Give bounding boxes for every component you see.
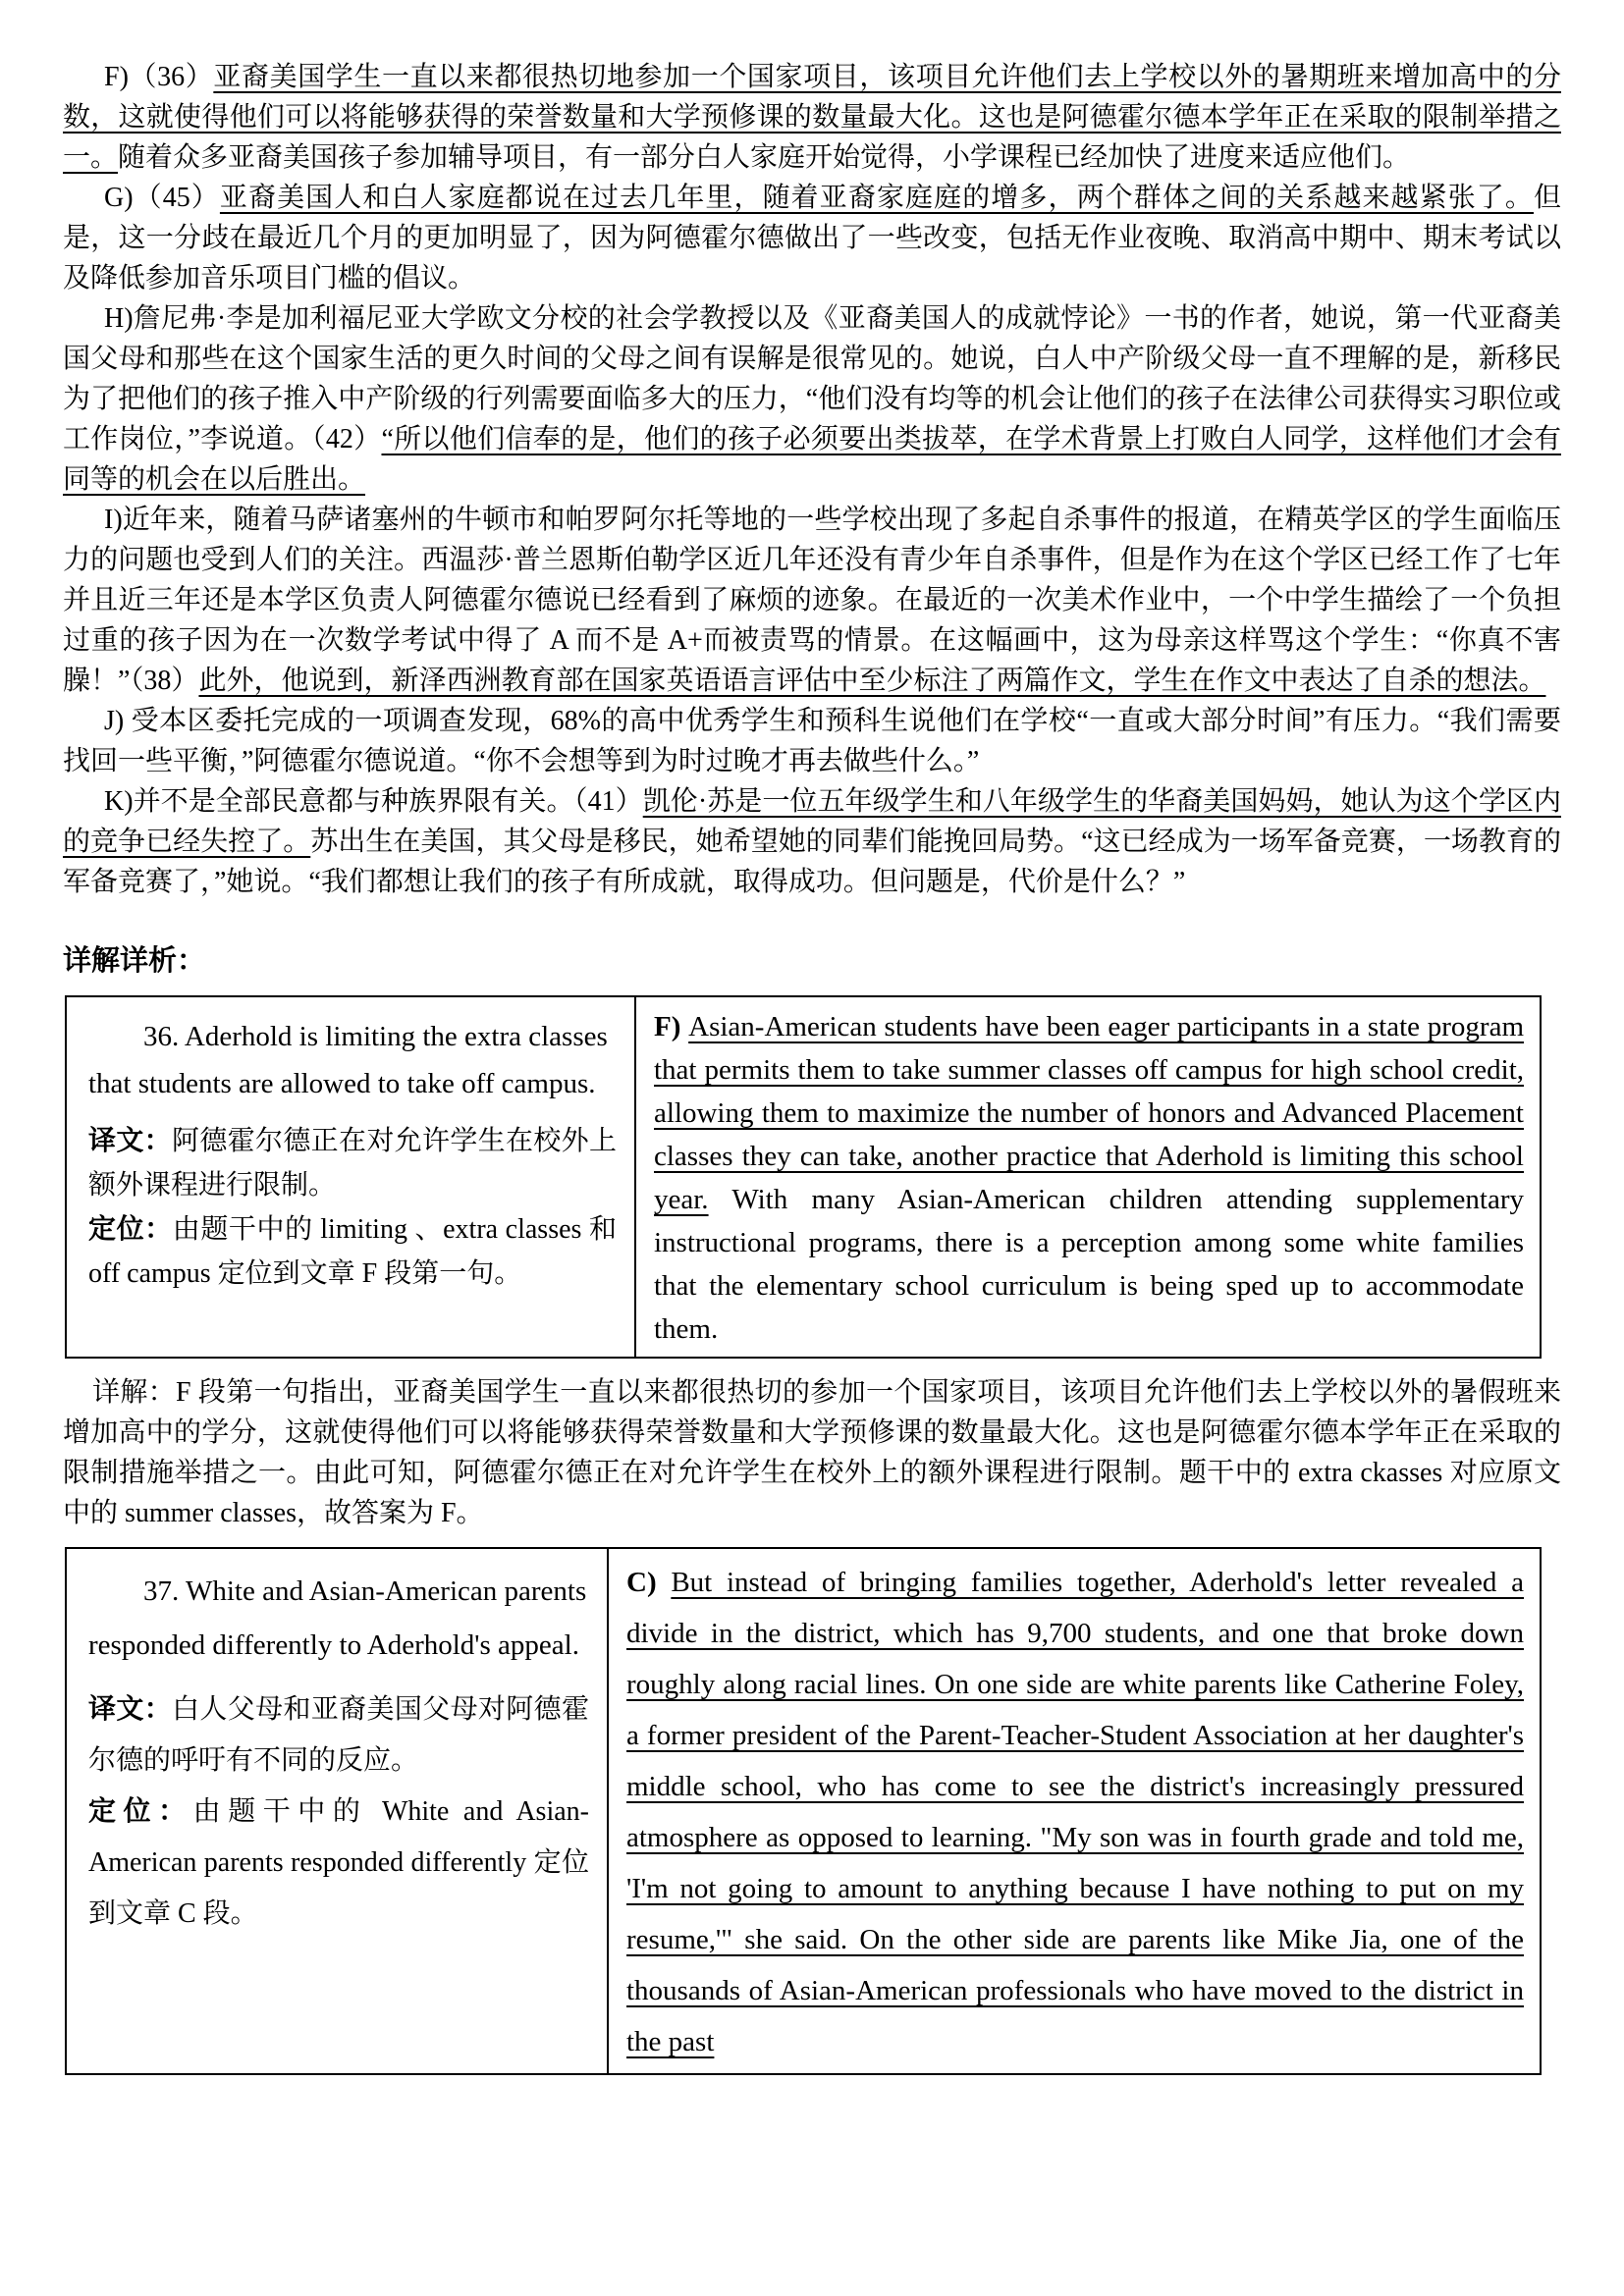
passage-c-text: C) But instead of bringing families toge…	[626, 1557, 1524, 2067]
question-36-locate: 定位：由题干中的 limiting 、extra classes 和 off c…	[88, 1207, 617, 1296]
document-page: F)（36）亚裔美国学生一直以来都很热切地参加一个国家项目，该项目允许他们去上学…	[0, 0, 1624, 2296]
paragraph-j: J) 受本区委托完成的一项调查发现，68%的高中优秀学生和预科生说他们在学校“一…	[63, 701, 1561, 781]
paragraph-k: K)并不是全部民意都与种族界限有关。（41）凯伦·苏是一位五年级学生和八年级学生…	[63, 781, 1561, 902]
question-36-translation: 译文：阿德霍尔德正在对允许学生在校外上额外课程进行限制。	[88, 1119, 617, 1207]
paragraph-f: F)（36）亚裔美国学生一直以来都很热切地参加一个国家项目，该项目允许他们去上学…	[63, 57, 1561, 178]
section-title: 详解详析：	[63, 941, 1561, 982]
passage-f-text: F) Asian-American students have been eag…	[654, 1005, 1524, 1351]
question-37-text: 37. White and Asian-American parents res…	[88, 1565, 589, 1673]
question-36-table: 36. Aderhold is limiting the extra class…	[65, 995, 1542, 1359]
paragraph-i: I)近年来，随着马萨诸塞州的牛顿市和帕罗阿尔托等地的一些学校出现了多起自杀事件的…	[63, 500, 1561, 701]
paragraph-h: H)詹尼弗·李是加利福尼亚大学欧文分校的社会学教授以及《亚裔美国人的成就悖论》一…	[63, 298, 1561, 500]
article-translation-section: F)（36）亚裔美国学生一直以来都很热切地参加一个国家项目，该项目允许他们去上学…	[63, 57, 1561, 902]
question-37-translation: 译文：白人父母和亚裔美国父母对阿德霍尔德的呼吁有不同的反应。	[88, 1684, 589, 1787]
question-36-text: 36. Aderhold is limiting the extra class…	[88, 1013, 617, 1107]
passage-c-cell: C) But instead of bringing families toge…	[608, 1548, 1541, 2074]
question-36-cell: 36. Aderhold is limiting the extra class…	[66, 996, 635, 1358]
paragraph-g: G)（45）亚裔美国人和白人家庭都说在过去几年里，随着亚裔家庭庭的增多，两个群体…	[63, 178, 1561, 298]
table-row: 37. White and Asian-American parents res…	[66, 1548, 1541, 2074]
question-37-locate: 定位：由题干中的 White and Asian-American parent…	[88, 1787, 589, 1940]
explanation-36: 详解：F 段第一句指出，亚裔美国学生一直以来都很热切的参加一个国家项目，该项目允…	[63, 1372, 1561, 1533]
question-37-table: 37. White and Asian-American parents res…	[65, 1547, 1542, 2075]
question-37-cell: 37. White and Asian-American parents res…	[66, 1548, 608, 2074]
passage-f-cell: F) Asian-American students have been eag…	[635, 996, 1541, 1358]
table-row: 36. Aderhold is limiting the extra class…	[66, 996, 1541, 1358]
